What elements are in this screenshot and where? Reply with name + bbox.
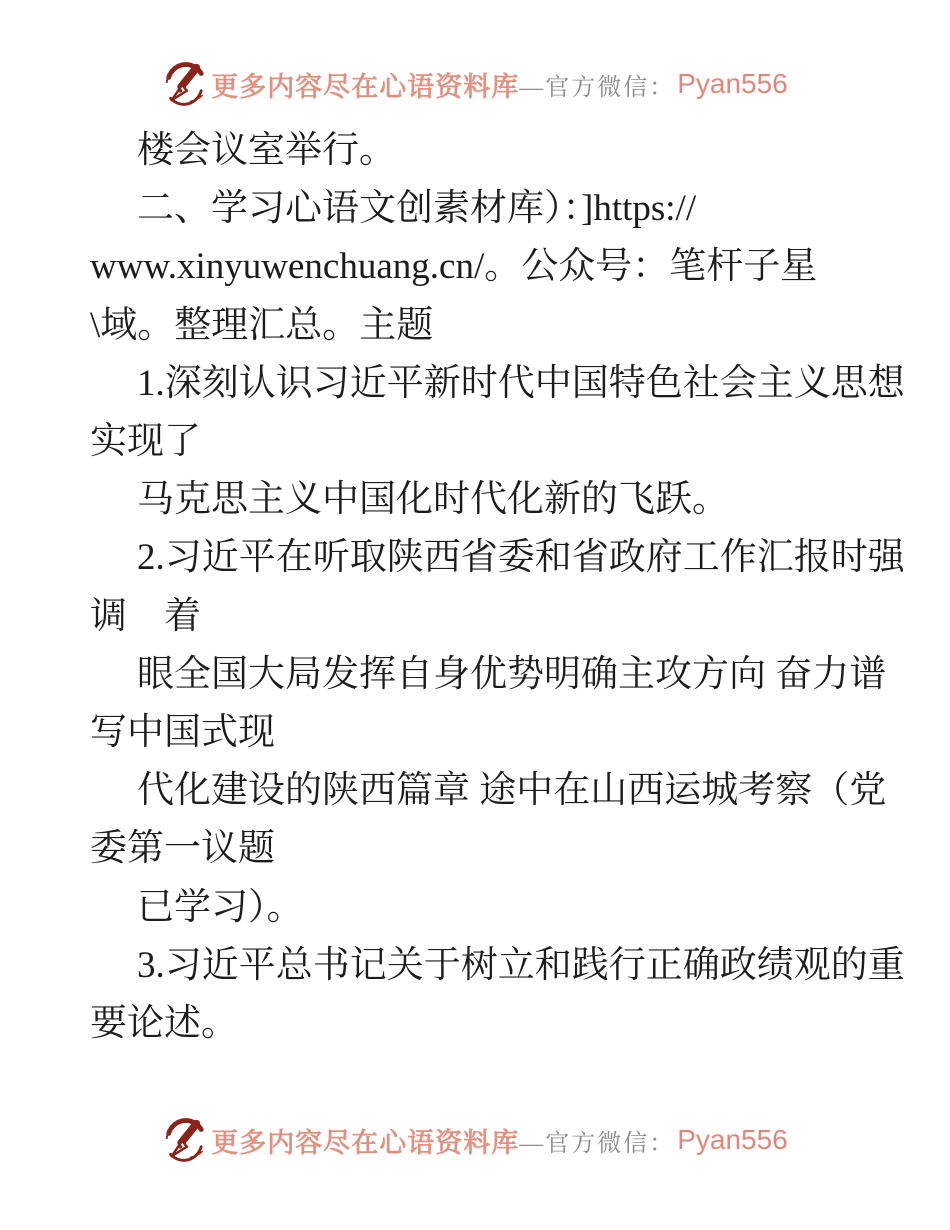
doc-line-13: 委第一议题 [90, 820, 865, 878]
watermark-brand-text: 更多内容尽在心语资料库 [211, 65, 519, 104]
doc-line-9: 调 着 [90, 588, 865, 646]
document-page: 更多内容尽在心语资料库—官方微信：Pyan556 楼会议室举行。 二、学习心语文… [0, 0, 950, 1230]
doc-line-15: 3.习近平总书记关于树立和践行正确政绩观的重 [90, 937, 865, 995]
doc-line-7: 马克思主义中国化时代化新的飞跃。 [90, 471, 865, 529]
watermark-footer: 更多内容尽在心语资料库—官方微信：Pyan556 [0, 1114, 950, 1166]
watermark-header: 更多内容尽在心语资料库—官方微信：Pyan556 [0, 58, 950, 110]
pen-circle-logo-icon [162, 58, 206, 110]
doc-line-11: 写中国式现 [90, 704, 865, 762]
doc-line-12: 代化建设的陕西篇章 途中在山西运城考察（党 [90, 762, 865, 820]
doc-line-16: 要论述。 [90, 995, 865, 1053]
watermark-wechat-id: Pyan556 [677, 68, 788, 100]
doc-line-1: 楼会议室举行。 [90, 122, 865, 180]
doc-line-14: 已学习）。 [90, 879, 865, 937]
doc-line-8: 2.习近平在听取陕西省委和省政府工作汇报时强 [90, 529, 865, 587]
doc-line-4: \域。整理汇总。主题 [90, 297, 865, 355]
pen-circle-logo-icon [162, 1114, 206, 1166]
doc-line-5: 1.深刻认识习近平新时代中国特色社会主义思想 [90, 355, 865, 413]
doc-line-3: www.xinyuwenchuang.cn/。公众号：笔杆子星 [90, 238, 865, 296]
watermark-brand-text: 更多内容尽在心语资料库 [211, 1121, 519, 1160]
watermark-wechat-id: Pyan556 [677, 1124, 788, 1156]
document-body: 楼会议室举行。 二、学习心语文创素材库）：]https:// www.xinyu… [90, 122, 865, 1053]
watermark-separator-text: —官方微信： [519, 67, 675, 102]
doc-line-10: 眼全国大局发挥自身优势明确主攻方向 奋力谱 [90, 646, 865, 704]
doc-line-6: 实现了 [90, 413, 865, 471]
watermark-separator-text: —官方微信： [519, 1123, 675, 1158]
doc-line-2: 二、学习心语文创素材库）：]https:// [90, 180, 865, 238]
